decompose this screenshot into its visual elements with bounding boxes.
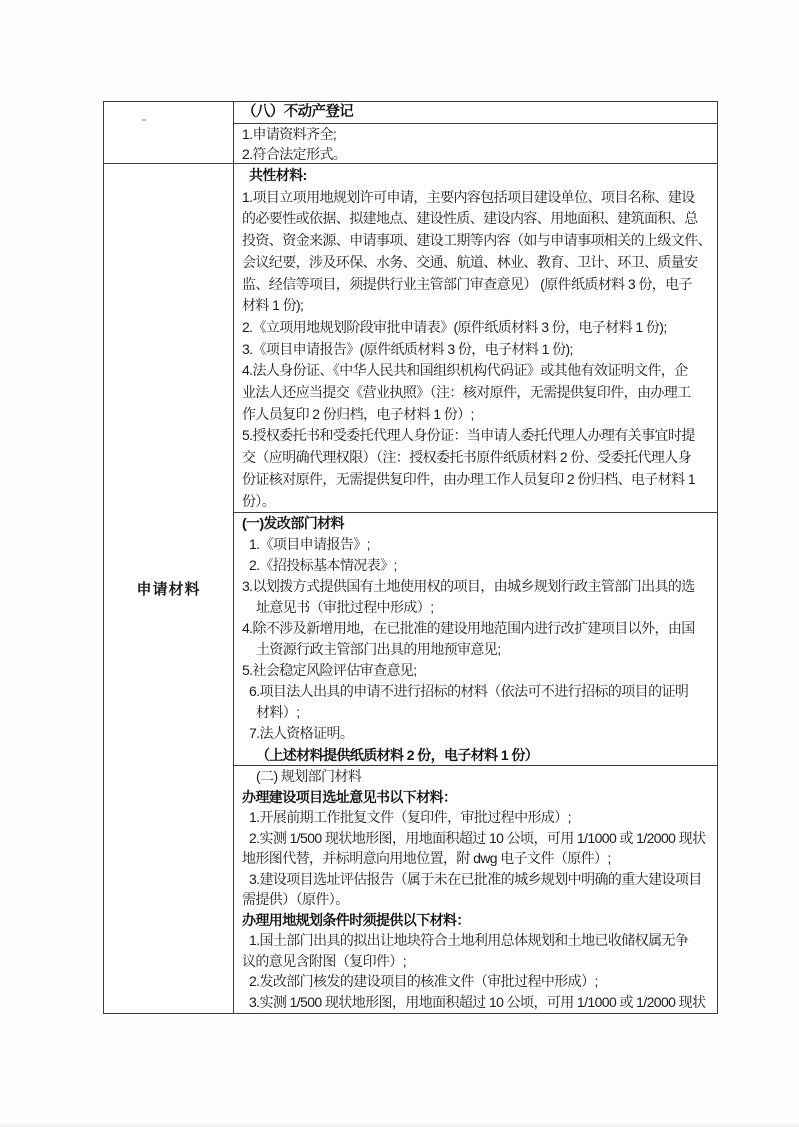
section-development-reform-materials: (一)发改部门材料1.《项目申请报告》;2.《招投标基本情况表》;3.以划拨方式… — [234, 513, 717, 766]
application-materials-table: 申请材料 （八）不动产登记 1.申请资料齐全;2.符合法定形式。 共性材料:1.… — [103, 101, 718, 1014]
text-line: 1.《项目申请报告》; — [242, 534, 715, 555]
text-line: 作人员复印 2 份归档，电子材料 1 份）; — [242, 404, 715, 426]
text-line: 2.《立项用地规划阶段审批申请表》(原件纸质材料 3 份，电子材料 1 份); — [242, 317, 715, 339]
text-line: 共性材料: — [242, 165, 715, 187]
text-line: 办理用地规划条件时须提供以下材料： — [242, 910, 715, 931]
text-line: 需提供）（原件）。 — [242, 889, 715, 910]
row-header-application-materials: 申请材料 — [104, 164, 233, 1013]
text-line: 的必要性或依据、拟建地点、建设性质、建设内容、用地面积、建筑面积、总 — [242, 208, 715, 230]
table-right-column: （八）不动产登记 1.申请资料齐全;2.符合法定形式。 共性材料:1.项目立项用… — [234, 102, 717, 1013]
text-line: 议的意见含附图（复印件）; — [242, 951, 715, 972]
text-line: 业法人还应当提交《营业执照》（注：核对原件，无需提供复印件，由办理工 — [242, 382, 715, 404]
text-line: 2.发改部门核发的建设项目的核准文件（审批过程中形成）; — [242, 971, 715, 992]
scan-speck — [142, 119, 146, 121]
text-line: 3.《项目申请报告》(原件纸质材料 3 份，电子材料 1 份); — [242, 339, 715, 361]
text-line: 4.除不涉及新增用地，在已批准的建设用地范围内进行改扩建项目以外，由国 — [242, 618, 715, 639]
scanned-document-page: 申请材料 （八）不动产登记 1.申请资料齐全;2.符合法定形式。 共性材料:1.… — [0, 0, 799, 1127]
text-line: 监、经信等项目，须提供行业主管部门审查意见） (原件纸质材料 3 份，电子 — [242, 274, 715, 296]
text-line: 2.符合法定形式。 — [242, 144, 715, 164]
left-empty-cell — [104, 102, 233, 164]
table-left-column: 申请材料 — [104, 102, 234, 1013]
text-line: 1.开展前期工作批复文件（复印件，审批过程中形成）; — [242, 807, 715, 828]
text-line: 份证核对原件，无需提供复印件，由办理工作人员复印 2 份归档、电子材料 1 — [242, 469, 715, 491]
text-line: 7.法人资格证明。 — [242, 723, 715, 744]
text-line: （八）不动产登记 — [242, 102, 715, 123]
text-line: 交（应明确代理权限）（注：授权委托书原件纸质材料 2 份、受委托代理人身 — [242, 447, 715, 469]
text-line: 1.申请资料齐全; — [242, 124, 715, 144]
text-line: 1.国土部门出具的拟出让地块符合土地利用总体规划和土地已收储权属无争 — [242, 930, 715, 951]
text-line: 份）。 — [242, 491, 715, 513]
text-line: (二) 规划部门材料 — [242, 766, 715, 787]
text-line: 3.以划拨方式提供国有土地使用权的项目，由城乡规划行政主管部门出具的选 — [242, 576, 715, 597]
text-line: 办理建设项目选址意见书以下材料： — [242, 787, 715, 808]
section-real-estate-registration-title: （八）不动产登记 — [234, 102, 717, 124]
text-line: 材料 1 份); — [242, 295, 715, 317]
text-line: 会议纪要，涉及环保、水务、交通、航道、林业、教育、卫计、环卫、质量安 — [242, 252, 715, 274]
text-line: (一)发改部门材料 — [242, 513, 715, 534]
section-common-materials: 共性材料:1.项目立项用地规划许可申请，主要内容包括项目建设单位、项目名称、建设… — [234, 164, 717, 513]
text-line: 3.建设项目选址评估报告（属于未在已批准的城乡规划中明确的重大建设项目 — [242, 869, 715, 890]
text-line: 1.项目立项用地规划许可申请，主要内容包括项目建设单位、项目名称、建设 — [242, 187, 715, 209]
section-planning-materials: (二) 规划部门材料办理建设项目选址意见书以下材料：1.开展前期工作批复文件（复… — [234, 766, 717, 1013]
row-header-label: 申请材料 — [136, 578, 200, 599]
text-line: 5.社会稳定风险评估审查意见; — [242, 660, 715, 681]
text-line: 材料）; — [242, 702, 715, 723]
section-real-estate-registration-conditions: 1.申请资料齐全;2.符合法定形式。 — [234, 124, 717, 164]
text-line: 3.实测 1/500 现状地形图，用地面积超过 10 公顷，可用 1/1000 … — [242, 992, 715, 1013]
text-line: 2.实测 1/500 现状地形图，用地面积超过 10 公顷，可用 1/1000 … — [242, 828, 715, 849]
text-line: 地形图代替，并标明意向用地位置，附 dwg 电子文件（原件）; — [242, 848, 715, 869]
text-line: （上述材料提供纸质材料 2 份，电子材料 1 份） — [242, 745, 715, 766]
text-line: 4.法人身份证、《中华人民共和国组织机构代码证》或其他有效证明文件，企 — [242, 360, 715, 382]
text-line: 址意见书（审批过程中形成）; — [242, 597, 715, 618]
text-line: 投资、资金来源、申请事项、建设工期等内容（如与申请事项相关的上级文件、 — [242, 230, 715, 252]
text-line: 土资源行政主管部门出具的用地预审意见; — [242, 639, 715, 660]
scan-edge-shadow — [0, 1122, 799, 1127]
text-line: 5.授权委托书和受委托代理人身份证：当申请人委托代理人办理有关事宜时提 — [242, 425, 715, 447]
text-line: 6.项目法人出具的申请不进行招标的材料（依法可不进行招标的项目的证明 — [242, 681, 715, 702]
text-line: 2.《招投标基本情况表》; — [242, 555, 715, 576]
